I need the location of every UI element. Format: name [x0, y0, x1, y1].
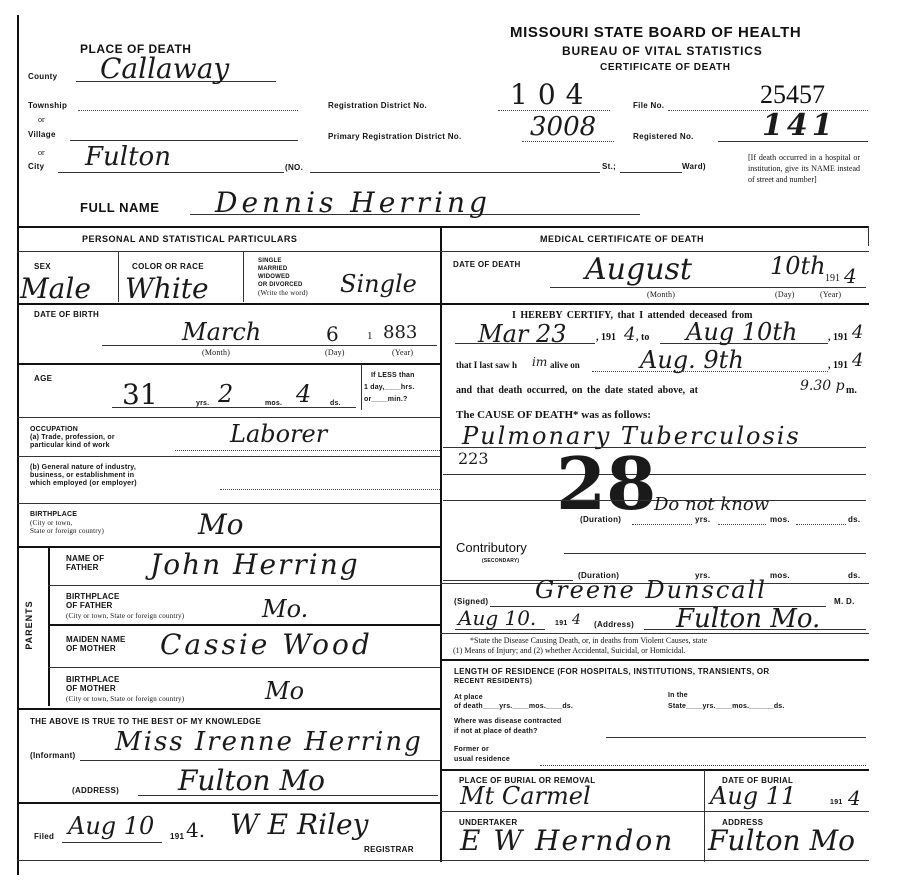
reg-district-value: 104: [510, 78, 593, 111]
md-address-value: Fulton Mo.: [676, 604, 820, 634]
md-label: M. D.: [834, 597, 855, 606]
bureau-title: BUREAU OF VITAL STATISTICS: [562, 44, 763, 58]
to-year-prefix: , 191: [828, 332, 848, 343]
death-occurred-text: and that death occurred, on the date sta…: [456, 385, 698, 396]
age-label: AGE: [34, 374, 52, 383]
big-code: 28: [556, 444, 656, 524]
occupation-a-line1: (a) Trade, profession, or: [30, 434, 115, 442]
md-rule: [440, 633, 869, 634]
duration-yrs: yrs.: [695, 515, 710, 524]
father-bp-label-2: OF FATHER: [66, 602, 113, 610]
filed-line: [62, 842, 162, 843]
dod-day-caption: (Day): [775, 291, 795, 299]
occupation-label: OCCUPATION: [30, 426, 78, 434]
registrar-label: REGISTRAR: [364, 845, 414, 854]
attended-from-value: Mar 23: [478, 320, 567, 348]
hospital-note: [If death occurred in a hospital or inst…: [748, 152, 860, 185]
duration-mos-line: [718, 524, 766, 525]
burial-date-value: Aug 11: [710, 782, 796, 810]
ward-label: Ward): [682, 162, 706, 171]
duration-ds-line: [796, 524, 846, 525]
dob-year-prefix: 1: [367, 330, 373, 342]
dod-line: [550, 287, 866, 288]
duration-yrs-line: [632, 524, 692, 525]
dob-month-caption: (Month): [202, 349, 230, 357]
father-birthplace-value: Mo.: [262, 595, 308, 623]
md-address-label: (Address): [594, 620, 634, 629]
parents-label: PARENTS: [24, 595, 34, 655]
attestation-text: THE ABOVE IS TRUE TO THE BEST OF MY KNOW…: [30, 717, 261, 726]
in-state-2: State____yrs.____mos.______ds.: [668, 703, 785, 711]
dob-year: 883: [383, 322, 417, 343]
last-saw-value: Aug. 9th: [640, 346, 744, 374]
filed-year: 4.: [186, 818, 205, 842]
contributory-label: Contributory: [456, 540, 527, 555]
age-years: 31: [122, 378, 158, 411]
dob-year-caption: (Year): [392, 349, 413, 357]
or-2: or: [38, 148, 45, 157]
cause-text: The CAUSE OF DEATH* was as follows:: [456, 409, 651, 421]
occupation-rule: [17, 456, 440, 457]
burial-place-value: Mt Carmel: [460, 782, 591, 810]
last-saw-text: that I last saw h: [456, 360, 517, 370]
undertaker-value: E W Herndon: [460, 824, 674, 857]
at-place-2: of death____yrs.____mos.____ds.: [454, 703, 573, 711]
bottom-rule-left: [17, 860, 440, 861]
right-border: [868, 226, 869, 246]
county-label: County: [28, 72, 57, 81]
less-min-label: or____min.?: [364, 396, 407, 404]
medical-section-title: MEDICAL CERTIFICATE OF DEATH: [540, 234, 704, 244]
row-rule-2: [17, 363, 440, 365]
occupation-b-line: [220, 489, 440, 490]
residence-title-1: LENGTH OF RESIDENCE (FOR HOSPITALS, INST…: [454, 667, 770, 676]
race-label: COLOR OR RACE: [132, 262, 204, 271]
mother-label-2: OF MOTHER: [66, 645, 116, 653]
alive-on-text: alive on: [550, 360, 580, 370]
former-line: [540, 765, 866, 766]
occupation-b-line2: business, or establishment in: [30, 472, 134, 480]
secondary-label: (SECONDARY): [482, 557, 519, 565]
mother-birthplace-value: Mo: [265, 677, 304, 705]
marital-option-single: SINGLE: [258, 257, 282, 265]
contracted-1: Where was disease contracted: [454, 718, 562, 726]
birthplace-hint-1: (City or town,: [30, 519, 72, 527]
registrar-signature: W E Riley: [230, 808, 368, 841]
personal-section-title: PERSONAL AND STATISTICAL PARTICULARS: [82, 234, 297, 244]
sex-label: SEX: [34, 262, 51, 271]
from-year-prefix: , 191: [596, 332, 616, 343]
or-1: or: [38, 115, 45, 124]
primary-reg-value: 3008: [530, 112, 596, 142]
death-time-value: 9.30 p: [800, 378, 845, 394]
in-state-1: In the: [668, 692, 688, 700]
age-yrs-label: yrs.: [196, 400, 209, 408]
age-ds-label: ds.: [330, 400, 341, 408]
full-name-label: FULL NAME: [80, 200, 159, 215]
left-border: [17, 15, 19, 875]
duration-label: (Duration): [580, 515, 621, 524]
mother-bp-label-1: BIRTHPLACE: [66, 676, 120, 684]
primary-reg-label: Primary Registration District No.: [328, 132, 462, 141]
dod-label: DATE OF DEATH: [453, 260, 521, 269]
last-saw-pronoun: im: [532, 355, 547, 369]
village-label: Village: [28, 130, 56, 139]
mother-name-value: Cassie Wood: [160, 628, 373, 661]
father-label-2: FATHER: [66, 564, 99, 572]
duration-value: Do not know: [654, 494, 769, 515]
village-line: [70, 140, 298, 141]
row-rule-7: [17, 802, 440, 804]
race-divider: [243, 252, 244, 302]
dob-month: March: [182, 318, 261, 346]
marital-option-divorced: OR DIVORCED: [258, 281, 303, 289]
full-name-value: Dennis Herring: [215, 186, 491, 219]
reg-district-label: Registration District No.: [328, 101, 427, 110]
contrib-ds: ds.: [848, 571, 860, 580]
residence-rule: [440, 769, 869, 771]
occupation-a-line: [175, 450, 440, 451]
father-label-1: NAME OF: [66, 555, 104, 563]
contrib-mos: mos.: [770, 571, 790, 580]
last-year: 4: [852, 350, 863, 371]
sex-divider: [118, 252, 119, 302]
row-rule-6: [17, 708, 440, 710]
burial-divider: [704, 770, 705, 862]
mother-bp-hint: (City or town, State or foreign country): [66, 695, 184, 703]
age-mos-label: mos.: [265, 400, 282, 408]
footnote-2: (1) Means of Injury; and (2) whether Acc…: [453, 646, 686, 655]
dod-month: August: [585, 252, 692, 287]
birthplace-label: BIRTHPLACE: [30, 511, 77, 519]
registered-no-label: Registered No.: [633, 132, 694, 141]
township-line: [78, 110, 298, 111]
county-value: Callaway: [100, 52, 229, 85]
signed-label: (Signed): [454, 597, 488, 606]
dod-year: 4: [844, 264, 857, 288]
birthplace-value: Mo: [198, 508, 244, 541]
contracted-2: if not at place of death?: [454, 728, 538, 736]
footnote-rule: [440, 659, 869, 661]
file-no-value: 25457: [760, 80, 825, 110]
personal-title-rule: [17, 251, 440, 252]
street-label: St.;: [602, 162, 616, 171]
age-days: 4: [296, 380, 311, 408]
informant-label: (Informant): [30, 751, 76, 760]
footnote-1: *State the Disease Causing Death, or, in…: [470, 636, 707, 645]
filed-label: Filed: [34, 832, 54, 841]
dob-label: DATE OF BIRTH: [34, 310, 99, 319]
dod-month-caption: (Month): [647, 291, 675, 299]
street-no-label: (NO.: [285, 163, 303, 172]
dob-day-caption: (Day): [325, 349, 345, 357]
row-rule-1: [17, 303, 440, 305]
signed-date-value: Aug 10.: [458, 606, 536, 630]
burial-rule: [440, 811, 869, 812]
former-2: usual residence: [454, 756, 510, 764]
dod-year-caption: (Year): [820, 291, 841, 299]
signed-value: Greene Dunscall: [535, 576, 767, 604]
to-year: 4: [852, 322, 863, 343]
former-1: Former or: [454, 746, 489, 754]
mother-bp-label-2: OF MOTHER: [66, 685, 116, 693]
at-place-1: At place: [454, 694, 483, 702]
dob-line: [102, 345, 437, 346]
city-label: City: [28, 162, 44, 171]
marital-hint: (Write the word): [258, 289, 308, 297]
mother-label-1: MAIDEN NAME: [66, 636, 126, 644]
burial-year: 4: [848, 786, 861, 810]
death-time-suffix: m.: [846, 385, 857, 396]
less-than-label: If LESS than: [371, 372, 415, 380]
board-title: MISSOURI STATE BOARD OF HEALTH: [510, 24, 801, 41]
parents-divider: [48, 546, 50, 706]
row-rule-3: [17, 417, 440, 418]
occupation-value: Laborer: [230, 420, 327, 448]
informant-address-value: Fulton Mo: [178, 764, 325, 797]
informant-address-label: (ADDRESS): [72, 786, 119, 795]
mother-rule: [48, 667, 440, 668]
column-divider: [440, 226, 442, 862]
informant-value: Miss Irenne Herring: [115, 727, 423, 757]
med-rule-1: [440, 303, 869, 305]
father-bp-hint: (City or town, State or foreign country): [66, 612, 184, 620]
occupation-b-line3: which employed (or employer): [30, 480, 137, 488]
occupation-a-line2: particular kind of work: [30, 442, 110, 450]
age-divider: [361, 364, 362, 410]
certificate-title: CERTIFICATE OF DEATH: [600, 62, 731, 73]
less-day-label: 1 day,____hrs.: [364, 384, 415, 392]
informant-line: [80, 760, 440, 761]
father-bp-rule: [48, 624, 440, 626]
top-form-rule: [17, 226, 869, 228]
signed-year: 4: [572, 612, 581, 628]
dod-day: 10th: [770, 252, 826, 280]
undertaker-address-value: Fulton Mo: [708, 824, 855, 857]
contributory-line: [564, 553, 866, 554]
duration-ds: ds.: [848, 515, 860, 524]
signed-year-prefix: 191: [555, 620, 568, 627]
last-year-prefix: , 191: [828, 360, 848, 371]
burial-year-prefix: 191: [830, 799, 843, 806]
occupation-b-line1: (b) General nature of industry,: [30, 464, 136, 472]
race-value: White: [125, 272, 209, 305]
to-label: , to: [636, 332, 649, 343]
age-months: 2: [218, 380, 233, 408]
street-no-line: [310, 172, 600, 173]
father-bp-label-1: BIRTHPLACE: [66, 593, 120, 601]
father-rule: [48, 585, 440, 586]
filed-date-value: Aug 10: [68, 812, 154, 840]
cause-code: 223: [458, 449, 489, 468]
attended-to-value: Aug 10th: [686, 318, 797, 346]
marital-value: Single: [340, 270, 417, 298]
dod-year-prefix: 191: [825, 273, 840, 284]
city-value: Fulton: [85, 142, 171, 172]
duration-mos: mos.: [770, 515, 790, 524]
marital-option-married: MARRIED: [258, 265, 287, 273]
filed-year-prefix: 191: [170, 832, 184, 841]
father-name-value: John Herring: [150, 548, 360, 581]
township-label: Township: [28, 101, 67, 110]
registered-no-value: 141: [762, 108, 837, 143]
marital-option-widowed: WIDOWED: [258, 273, 290, 281]
file-no-label: File No.: [633, 101, 664, 110]
dob-day: 6: [326, 322, 339, 346]
birthplace-hint-2: State or foreign country): [30, 527, 104, 535]
row-rule-4: [17, 503, 440, 504]
contracted-line: [606, 737, 866, 738]
ward-line: [620, 172, 682, 173]
sex-value: Male: [20, 272, 91, 305]
residence-title-2: RECENT RESIDENTS): [454, 678, 532, 685]
from-year: 4: [624, 324, 635, 345]
bottom-rule-right: [440, 860, 869, 861]
city-line: [58, 172, 284, 173]
